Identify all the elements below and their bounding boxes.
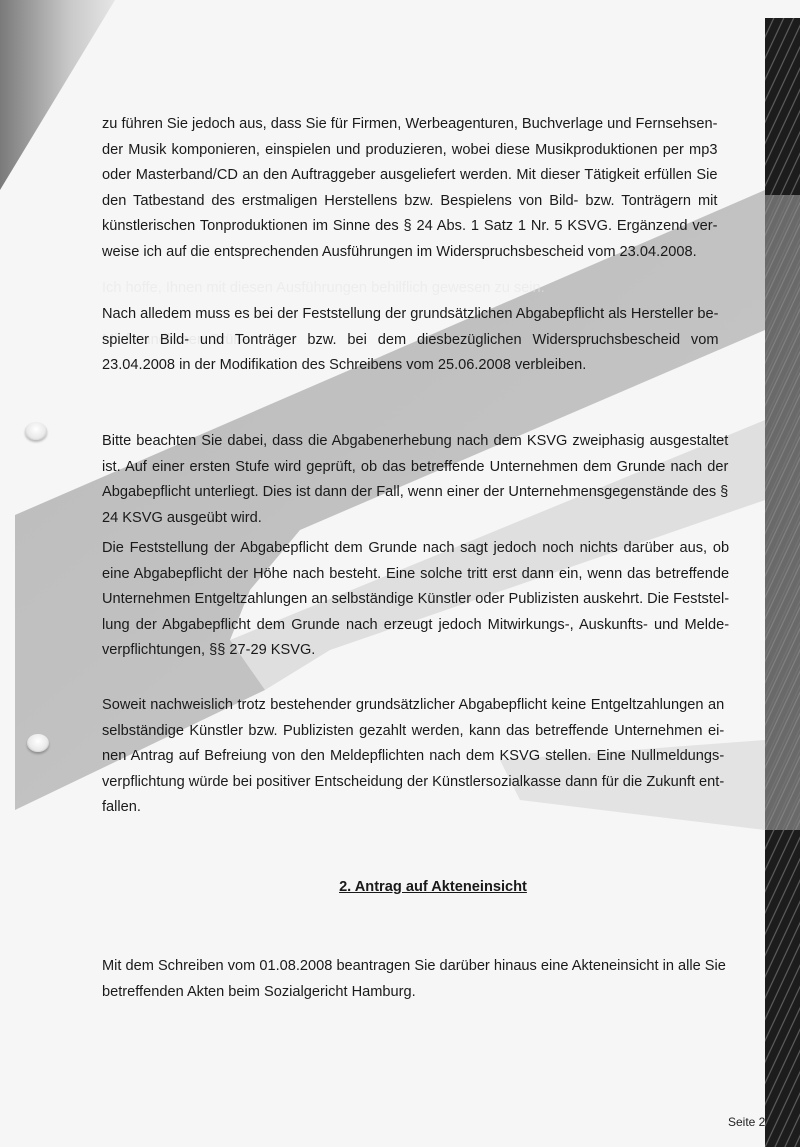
- text-line: Nach alledem muss es bei der Feststellun…: [102, 302, 719, 328]
- punch-hole-top: [25, 422, 47, 440]
- text-line: Bitte beachten Sie dabei, dass die Abgab…: [102, 429, 728, 455]
- text-line: Unternehmen Entgeltzahlungen an selbstän…: [102, 587, 729, 613]
- text-line: 23.04.2008 in der Modifikation des Schre…: [102, 353, 719, 379]
- scanner-edge-strip-bottom: [765, 830, 800, 1147]
- scanned-page: zu führen Sie jedoch aus, dass Sie für F…: [0, 0, 800, 1147]
- paragraph-5: Soweit nachweislich trotz bestehender gr…: [102, 693, 724, 821]
- text-line: der Musik komponieren, einspielen und pr…: [102, 138, 717, 164]
- text-line: verpflichtungen, §§ 27-29 KSVG.: [102, 638, 729, 664]
- text-line: Soweit nachweislich trotz bestehender gr…: [102, 693, 724, 719]
- section-heading: 2. Antrag auf Akteneinsicht: [102, 875, 764, 901]
- text-line: Abgabepflicht unterliegt. Dies ist dann …: [102, 480, 728, 506]
- paragraph-3: Bitte beachten Sie dabei, dass die Abgab…: [102, 429, 728, 531]
- paragraph-6: Mit dem Schreiben vom 01.08.2008 beantra…: [102, 954, 726, 1005]
- text-line: 24 KSVG ausgeübt wird.: [102, 506, 728, 532]
- text-line: selbständige Künstler bzw. Publizisten g…: [102, 719, 724, 745]
- text-line: weise ich auf die entsprechenden Ausführ…: [102, 240, 717, 266]
- text-line: zu führen Sie jedoch aus, dass Sie für F…: [102, 112, 717, 138]
- text-line: Mit dem Schreiben vom 01.08.2008 beantra…: [102, 954, 726, 980]
- text-line: oder Masterband/CD an den Auftraggeber a…: [102, 163, 717, 189]
- page-number: Seite 2: [728, 1115, 765, 1129]
- text-line: fallen.: [102, 795, 724, 821]
- text-line: den Tatbestand des erstmaligen Herstelle…: [102, 189, 717, 215]
- paragraph-2: Nach alledem muss es bei der Feststellun…: [102, 302, 719, 379]
- paragraph-4: Die Feststellung der Abgabepflicht dem G…: [102, 536, 729, 664]
- text-line: betreffenden Akten beim Sozialgericht Ha…: [102, 980, 726, 1006]
- show-through-text: Ich hoffe, Ihnen mit diesen Ausführungen…: [102, 276, 545, 302]
- punch-hole-bottom: [27, 734, 49, 752]
- text-line: künstlerischen Tonproduktionen im Sinne …: [102, 214, 717, 240]
- text-line: ist. Auf einer ersten Stufe wird geprüft…: [102, 455, 728, 481]
- text-line: nen Antrag auf Befreiung von den Meldepf…: [102, 744, 724, 770]
- text-line: spielter Bild- und Tonträger bzw. bei de…: [102, 328, 719, 354]
- text-line: verpflichtung würde bei positiver Entsch…: [102, 770, 724, 796]
- text-line: Die Feststellung der Abgabepflicht dem G…: [102, 536, 729, 562]
- paragraph-1: zu führen Sie jedoch aus, dass Sie für F…: [102, 112, 717, 265]
- text-line: eine Abgabepflicht der Höhe nach besteht…: [102, 562, 729, 588]
- text-line: lung der Abgabepflicht dem Grunde nach e…: [102, 613, 729, 639]
